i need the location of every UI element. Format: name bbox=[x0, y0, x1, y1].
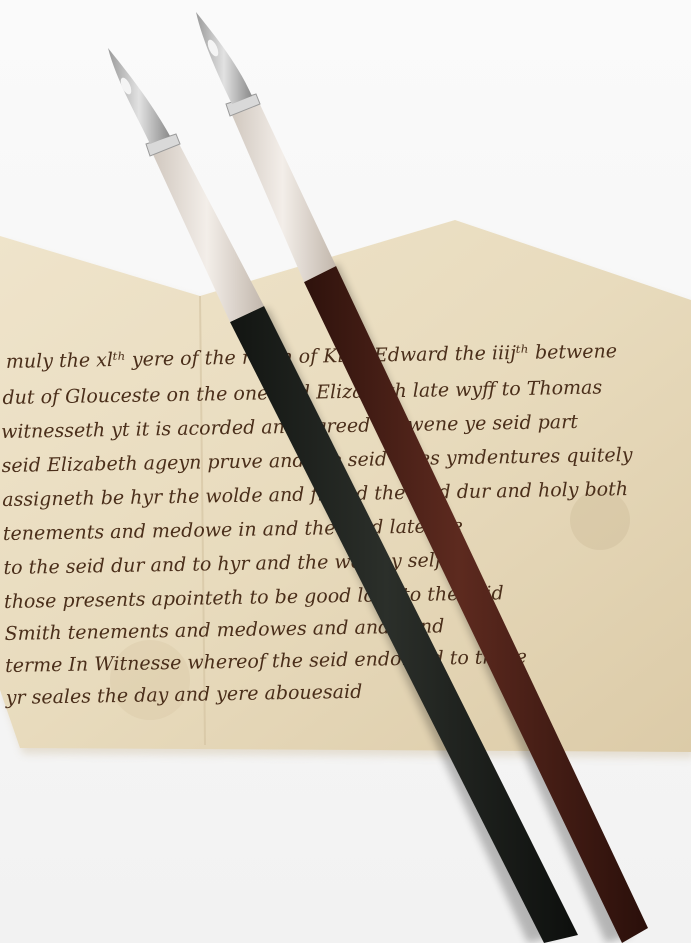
photo-illustration: muly the xlᵗʰ yere of the reign of King … bbox=[0, 0, 691, 943]
photo-scene: muly the xlᵗʰ yere of the reign of King … bbox=[0, 0, 691, 943]
